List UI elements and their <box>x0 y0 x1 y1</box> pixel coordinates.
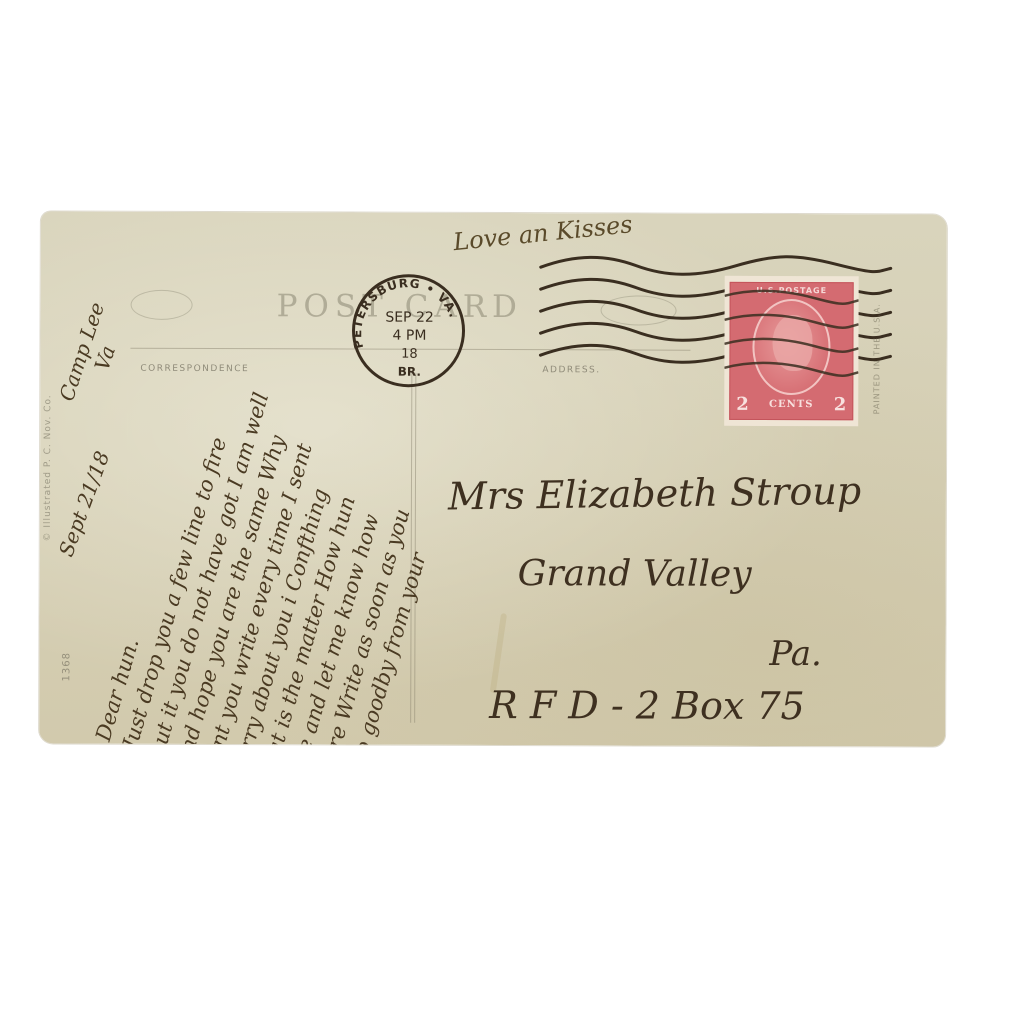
handwritten-date: Sept 21/18 <box>54 448 115 560</box>
stamp-side-text: PAINTED IN THE U.S.A. <box>872 303 881 414</box>
recipient-state: Pa. <box>769 634 822 674</box>
recipient-name: Mrs Elizabeth Stroup <box>448 469 862 519</box>
recipient-city: Grand Valley <box>518 553 752 595</box>
recipient-route: R F D - 2 Box 75 <box>489 683 805 728</box>
paper-stain <box>490 613 507 693</box>
svg-text:BR.: BR. <box>398 365 421 379</box>
svg-text:SEP 22: SEP 22 <box>385 310 434 326</box>
postmark-circle-icon: PETERSBURG • VA. SEP 22 4 PM 18 BR. <box>347 269 469 391</box>
card-number: 1368 <box>61 652 72 681</box>
printed-ornament-left <box>131 290 193 320</box>
publisher-credit: © Illustrated P. C. Nov. Co. <box>43 394 54 541</box>
photo-stage: POST CARD CORRESPONDENCE ADDRESS. © Illu… <box>0 0 1024 1024</box>
stamp-cancel-overlay <box>724 276 859 426</box>
postmark: PETERSBURG • VA. SEP 22 4 PM 18 BR. <box>347 269 469 391</box>
postage-stamp: U.S.POSTAGE 2 CENTS 2 <box>724 276 859 426</box>
handwritten-camp: Camp Lee Va <box>54 299 132 411</box>
svg-text:4 PM: 4 PM <box>393 328 427 344</box>
svg-text:18: 18 <box>401 347 418 362</box>
postcard: POST CARD CORRESPONDENCE ADDRESS. © Illu… <box>39 211 947 746</box>
